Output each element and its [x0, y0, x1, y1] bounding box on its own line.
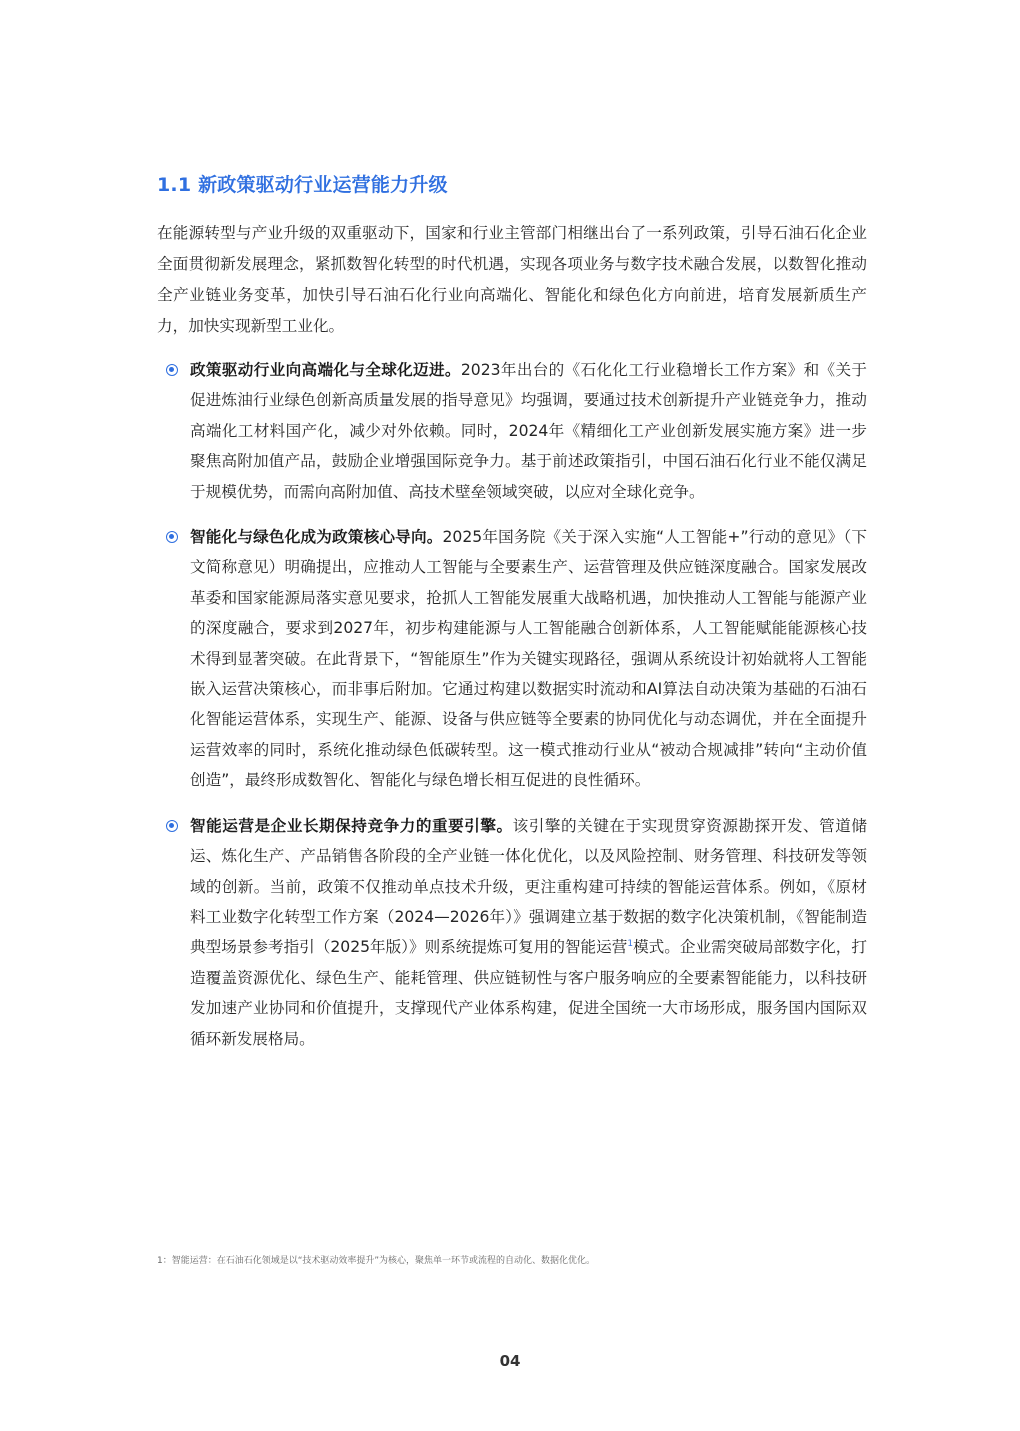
radio-dot-icon [166, 820, 178, 832]
bullet-item-intelligent-green: 智能化与绿色化成为政策核心导向。2025年国务院《关于深入实施“人工智能+”行动… [165, 522, 867, 796]
page-number: 04 [0, 1352, 1020, 1370]
footnote: 1：智能运营：在石油石化领域是以“技术驱动效率提升”为核心，聚焦单一环节或流程的… [157, 1254, 595, 1268]
section-title: 1.1 新政策驱动行业运营能力升级 [157, 170, 448, 200]
radio-dot-icon [166, 364, 178, 376]
bullet-item-intelligent-operations: 智能运营是企业长期保持竞争力的重要引擎。该引擎的关键在于实现贯穿资源勘探开发、管… [165, 811, 867, 1054]
bullet-body: 2025年国务院《关于深入实施“人工智能+”行动的意见》（下文简称意见）明确提出… [190, 528, 867, 789]
bullet-body: 2023年出台的《石化化工行业稳增长工作方案》和《关于促进炼油行业绿色创新高质量… [190, 361, 867, 501]
bullet-lead: 智能化与绿色化成为政策核心导向。 [190, 528, 443, 546]
bullet-item-high-end-globalization: 政策驱动行业向高端化与全球化迈进。2023年出台的《石化化工行业稳增长工作方案》… [165, 355, 867, 507]
bullet-list: 政策驱动行业向高端化与全球化迈进。2023年出台的《石化化工行业稳增长工作方案》… [165, 355, 867, 1054]
document-page: 1.1 新政策驱动行业运营能力升级 在能源转型与产业升级的双重驱动下，国家和行业… [0, 0, 1020, 1431]
bullet-lead: 智能运营是企业长期保持竞争力的重要引擎。 [190, 817, 513, 835]
intro-paragraph: 在能源转型与产业升级的双重驱动下，国家和行业主管部门相继出台了一系列政策，引导石… [157, 218, 867, 342]
bullet-body: 该引擎的关键在于实现贯穿资源勘探开发、管道储运、炼化生产、产品销售各阶段的全产业… [190, 817, 867, 957]
bullet-lead: 政策驱动行业向高端化与全球化迈进。 [190, 361, 461, 379]
radio-dot-icon [166, 531, 178, 543]
